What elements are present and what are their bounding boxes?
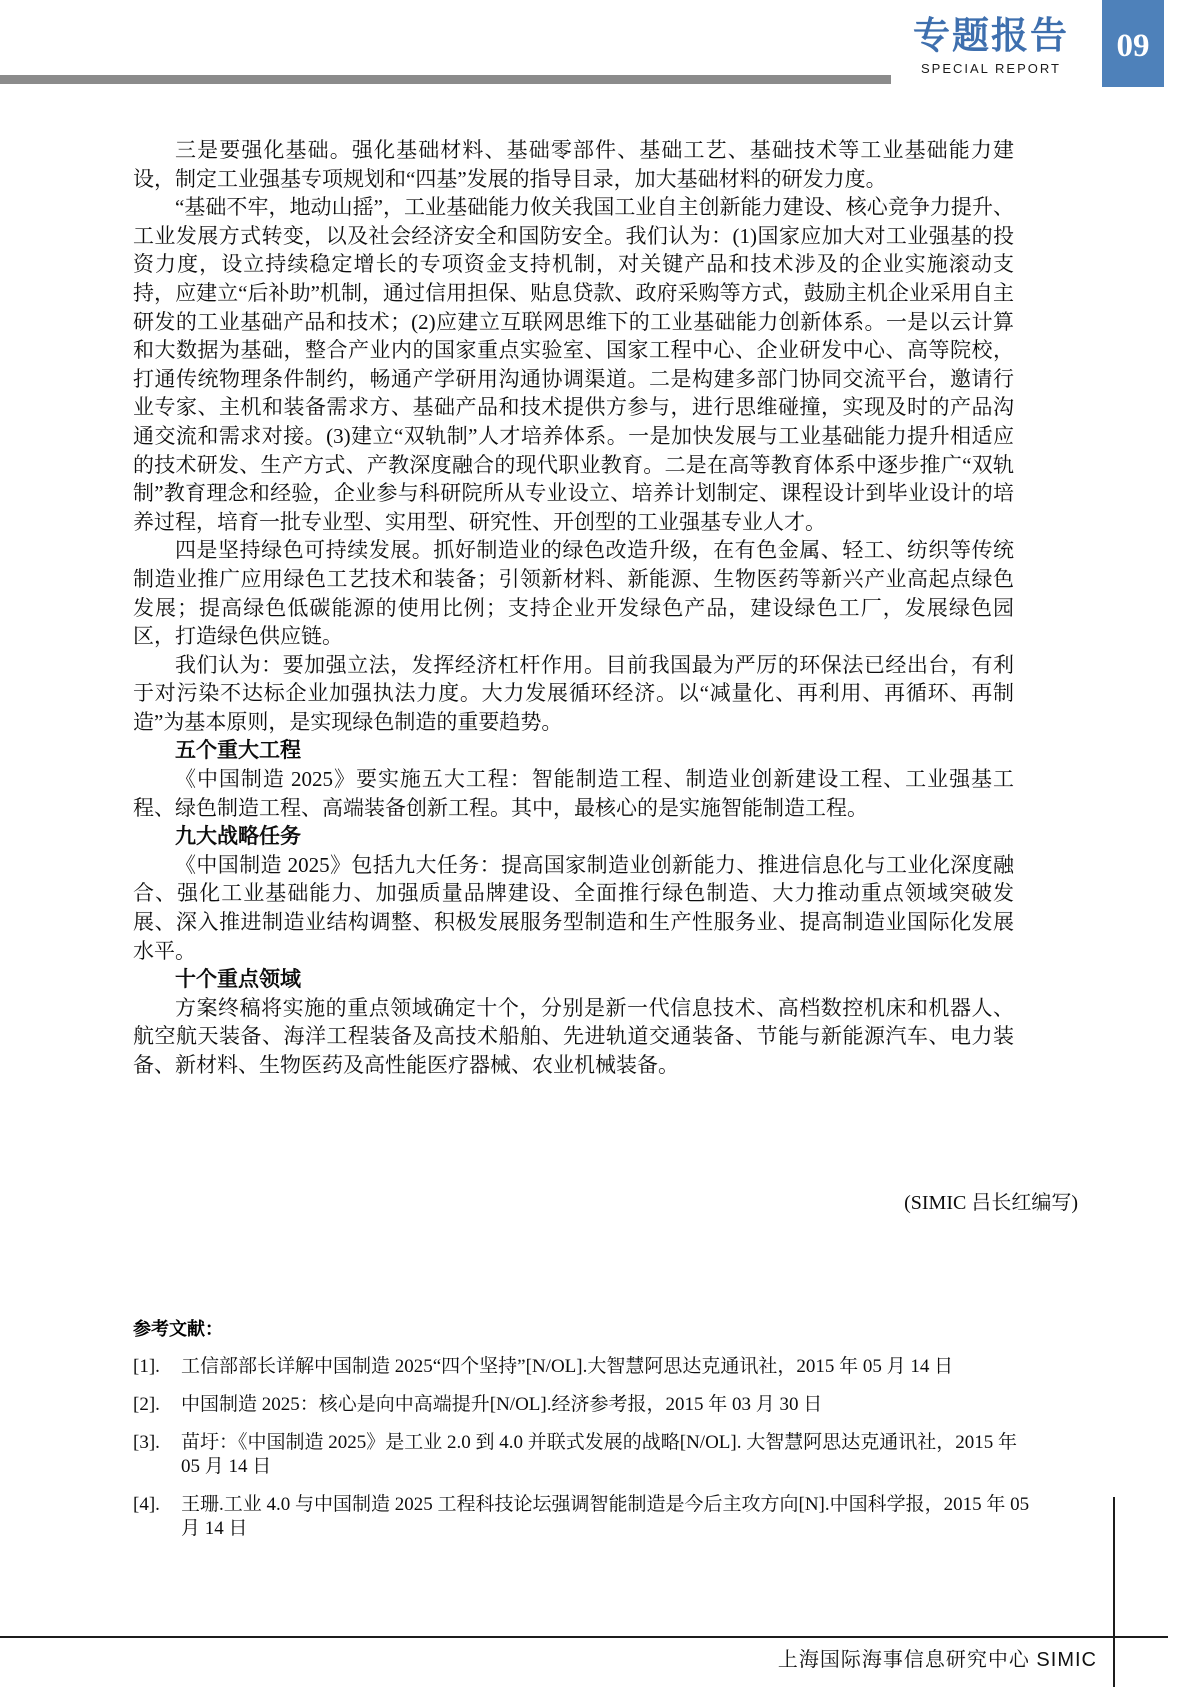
reference-number: [2].: [133, 1393, 181, 1417]
section-heading: 五个重大工程: [133, 736, 1014, 765]
reference-text: 工信部部长详解中国制造 2025“四个坚持”[N/OL].大智慧阿思达克通讯社，…: [181, 1355, 1033, 1379]
reference-item: [3].苗圩：《中国制造 2025》是工业 2.0 到 4.0 并联式发展的战略…: [133, 1431, 1033, 1479]
reference-number: [1].: [133, 1355, 181, 1379]
footer-vertical-rule: [1113, 1497, 1115, 1687]
article-body: 三是要强化基础。强化基础材料、基础零部件、基础工艺、基础技术等工业基础能力建设，…: [133, 136, 1014, 1080]
body-paragraph: “基础不牢，地动山摇”，工业基础能力攸关我国工业自主创新能力建设、核心竞争力提升…: [133, 193, 1014, 536]
reference-text: 苗圩：《中国制造 2025》是工业 2.0 到 4.0 并联式发展的战略[N/O…: [181, 1431, 1033, 1479]
section-heading: 九大战略任务: [133, 822, 1014, 851]
report-page: 专题报告 SPECIAL REPORT 09 三是要强化基础。强化基础材料、基础…: [0, 0, 1200, 1687]
reference-number: [3].: [133, 1431, 181, 1479]
body-paragraph: 三是要强化基础。强化基础材料、基础零部件、基础工艺、基础技术等工业基础能力建设，…: [133, 136, 1014, 193]
footer-rule: [0, 1636, 1168, 1638]
reference-item: [2].中国制造 2025：核心是向中高端提升[N/OL].经济参考报，2015…: [133, 1393, 1033, 1417]
reference-text: 王珊.工业 4.0 与中国制造 2025 工程科技论坛强调智能制造是今后主攻方向…: [181, 1493, 1033, 1541]
reference-item: [1].工信部部长详解中国制造 2025“四个坚持”[N/OL].大智慧阿思达克…: [133, 1355, 1033, 1379]
references-list: [1].工信部部长详解中国制造 2025“四个坚持”[N/OL].大智慧阿思达克…: [133, 1355, 1033, 1541]
page-number-badge: 09: [1102, 0, 1164, 87]
footer-org-name: 上海国际海事信息研究中心 SIMIC: [778, 1643, 1097, 1672]
section-heading: 十个重点领域: [133, 965, 1014, 994]
byline: (SIMIC 吕长红编写): [904, 1186, 1078, 1215]
header-rule: [0, 75, 891, 84]
references-heading: 参考文献：: [133, 1315, 1033, 1341]
references-section: 参考文献： [1].工信部部长详解中国制造 2025“四个坚持”[N/OL].大…: [133, 1315, 1033, 1541]
body-paragraph: 我们认为：要加强立法，发挥经济杠杆作用。目前我国最为严厉的环保法已经出台，有利于…: [133, 651, 1014, 737]
body-paragraph: 方案终稿将实施的重点领域确定十个，分别是新一代信息技术、高档数控机床和机器人、航…: [133, 994, 1014, 1080]
header-title-block: 专题报告 SPECIAL REPORT: [913, 14, 1069, 76]
reference-number: [4].: [133, 1493, 181, 1541]
page-number: 09: [1117, 28, 1150, 65]
page-title: 专题报告: [913, 14, 1069, 58]
body-paragraph: 四是坚持绿色可持续发展。抓好制造业的绿色改造升级，在有色金属、轻工、纺织等传统制…: [133, 536, 1014, 650]
reference-item: [4].王珊.工业 4.0 与中国制造 2025 工程科技论坛强调智能制造是今后…: [133, 1493, 1033, 1541]
reference-text: 中国制造 2025：核心是向中高端提升[N/OL].经济参考报，2015 年 0…: [181, 1393, 1033, 1417]
body-paragraph: 《中国制造 2025》要实施五大工程：智能制造工程、制造业创新建设工程、工业强基…: [133, 765, 1014, 822]
page-subtitle: SPECIAL REPORT: [913, 61, 1069, 76]
body-paragraph: 《中国制造 2025》包括九大任务：提高国家制造业创新能力、推进信息化与工业化深…: [133, 851, 1014, 965]
